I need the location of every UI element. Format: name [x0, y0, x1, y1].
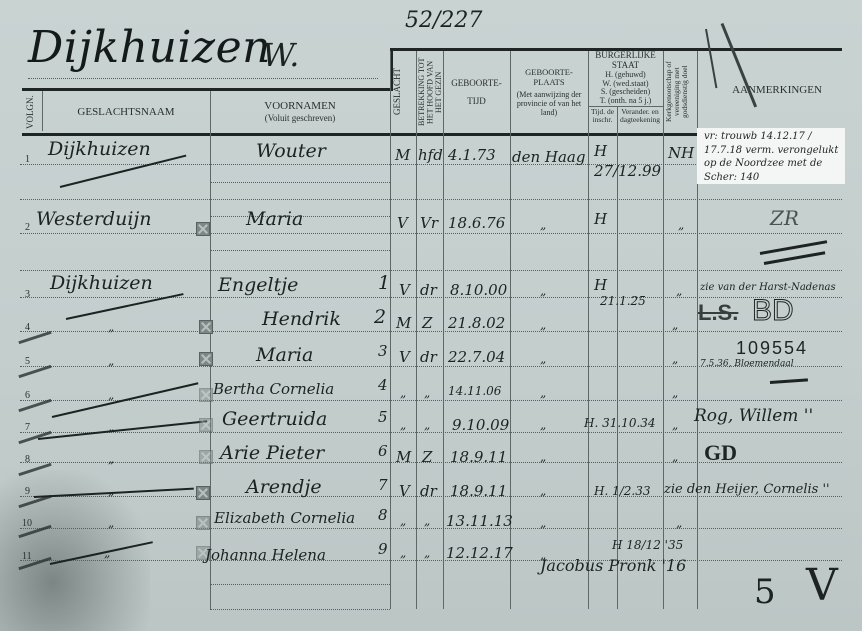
sex-cell: V [399, 348, 410, 366]
registration-card: Dijkhuizen W. 52/227 Volgn. Geslachtsnaa… [0, 0, 862, 631]
child-number: 9 [378, 540, 388, 558]
row-line [20, 270, 842, 271]
sex-cell: V [397, 214, 408, 232]
child-number: 7 [378, 476, 388, 494]
church-cell: „ [676, 284, 682, 298]
stamp-bd: BD [752, 294, 794, 328]
first-name-cell: Hendrik [262, 308, 341, 330]
civil-date-cell: 21.1.25 [600, 294, 646, 308]
header-geboorteplaats-group: Geboorte- plaats (Met aanwijzing der pro… [510, 68, 588, 117]
birth-place-cell: „ [540, 516, 546, 530]
col-divider [663, 51, 664, 609]
relation-cell: dr [420, 348, 437, 366]
stamp-number: 109554 [736, 338, 808, 359]
church-cell: „ [672, 386, 678, 400]
header-geslacht: Geslacht [393, 53, 415, 131]
row-line [20, 199, 842, 200]
birth-place-cell: den Haag [512, 148, 585, 166]
row-number: 3 [25, 289, 30, 300]
header-tijd-inschr: Tijd. de inschr. [588, 108, 617, 124]
birth-place-cell: „ [540, 352, 546, 366]
surname-ditto: „ [108, 388, 114, 402]
row-number: 9 [25, 486, 30, 497]
sex-cell: „ [400, 418, 406, 432]
birth-date-cell: 22.7.04 [448, 348, 505, 366]
church-cell: „ [678, 218, 684, 232]
church-cell: „ [672, 352, 678, 366]
remark-strike [764, 251, 826, 265]
title-underline [28, 78, 378, 79]
surname-cell: Westerduijn [36, 208, 152, 230]
church-cell: „ [672, 418, 678, 432]
remark-row-1: vr: trouwb 14.12.17 / 17.7.18 verm. vero… [704, 130, 844, 184]
row-number: 6 [25, 390, 30, 401]
relation-cell: „ [424, 386, 430, 400]
strike-line [38, 420, 207, 440]
col-divider [390, 51, 391, 609]
church-cell: NH [668, 144, 694, 162]
birth-place-cell: „ [540, 418, 546, 432]
birth-date-cell: 4.1.73 [448, 146, 496, 164]
header-voornamen-group: Voornamen (Voluit geschreven) [210, 100, 390, 123]
first-name-cell: Wouter [256, 140, 326, 162]
sex-cell: „ [400, 514, 406, 528]
birth-date-cell: 9.10.09 [452, 416, 509, 434]
birth-place-cell: „ [540, 318, 546, 332]
remark-row-11: Jacobus Pronk '16 [540, 556, 686, 575]
header-geslachtsnaam: Geslachtsnaam [42, 106, 210, 119]
header-geboortetijd-group: Geboorte- tijd [443, 78, 510, 107]
tick-box-icon [196, 486, 210, 500]
civil-status-cell: H. 1/2.33 [594, 484, 651, 498]
relation-cell: dr [420, 482, 437, 500]
row-line [20, 400, 842, 401]
row-line [210, 609, 390, 610]
row-number: 10 [22, 518, 32, 529]
birth-date-cell: 14.11.06 [448, 384, 501, 398]
sex-cell: „ [400, 546, 406, 560]
col-divider [617, 106, 618, 609]
header-geboortetijd-2: tijd [443, 96, 510, 106]
header-top-rule-left [22, 88, 392, 91]
row-line [210, 250, 390, 251]
remark-row-7: Rog, Willem '' [694, 406, 813, 426]
child-number: 6 [378, 442, 388, 460]
col-divider [443, 51, 444, 609]
card-surname-title: Dijkhuizen [28, 22, 271, 73]
child-number: 3 [378, 342, 388, 360]
col-divider [416, 51, 417, 609]
relation-cell: hfd [418, 146, 443, 164]
first-name-cell: Johanna Helena [205, 545, 375, 566]
child-number: 1 [378, 272, 390, 294]
tick-box-icon [199, 388, 213, 402]
surname-ditto: „ [108, 516, 114, 530]
surname-ditto: „ [108, 320, 114, 334]
birth-date-cell: 21.8.02 [448, 314, 505, 332]
relation-cell: „ [424, 514, 430, 528]
sex-cell: „ [400, 386, 406, 400]
row-line [210, 584, 390, 585]
header-burgerlijke-staat-group: Burgerlijke Staat H. (gehuwd) W. (wed.st… [588, 51, 663, 106]
birth-date-cell: 18.9.11 [450, 482, 507, 500]
remark-strike [770, 378, 808, 384]
col-divider [588, 51, 589, 609]
first-name-cell: Arie Pieter [220, 442, 324, 464]
col-divider [210, 91, 211, 609]
tick-box-icon [199, 352, 213, 366]
civil-status-cell: H [594, 276, 607, 294]
relation-cell: dr [420, 281, 437, 299]
civil-status-cell: H [594, 210, 607, 228]
birth-place-cell: „ [540, 218, 546, 232]
birth-place-cell: „ [540, 386, 546, 400]
row-number: 1 [25, 154, 30, 165]
first-name-cell: Maria [256, 344, 313, 366]
church-cell: „ [676, 516, 682, 530]
relation-cell: „ [424, 418, 430, 432]
civil-date-cell: 27/12.99 [594, 162, 661, 180]
civil-status-cell: H 18/12 '35 [612, 538, 683, 552]
sex-cell: M [396, 448, 411, 466]
header-betrekking: Betrekking tot het hoofd van het gezin [418, 53, 442, 131]
remark-row-9: zie den Heijer, Cornelis '' [664, 482, 830, 497]
relation-cell: Z [422, 448, 432, 466]
church-cell: „ [672, 318, 678, 332]
civil-status-cell: H. 31.10.34 [584, 416, 656, 430]
header-geboorteplaats-2: plaats [510, 78, 588, 88]
birth-place-cell: „ [540, 284, 546, 298]
remark-row-3: zie van der Harst-Nadenas [700, 282, 850, 293]
row-line [210, 182, 390, 183]
tick-box-icon [199, 320, 213, 334]
card-initial: W. [262, 36, 299, 74]
marker-stroke [705, 29, 717, 88]
birth-date-cell: 18.9.11 [450, 448, 507, 466]
first-name-cell: Maria [246, 208, 303, 230]
row-number: 4 [25, 322, 30, 333]
header-geboorteplaats-sub: (Met aanwijzing der provincie of van het… [510, 90, 588, 118]
birth-date-cell: 12.12.17 [446, 544, 513, 562]
first-name-cell: Geertruida [222, 408, 327, 430]
relation-cell: Vr [420, 214, 438, 232]
row-number: 8 [25, 454, 30, 465]
relation-cell: Z [422, 314, 432, 332]
surname-ditto: „ [108, 452, 114, 466]
header-voornamen: Voornamen [210, 100, 390, 113]
child-number: 5 [378, 408, 388, 426]
header-bs-t: T. (onth. na 5 j.) [588, 97, 663, 106]
stamp-ls: L.S. [698, 300, 738, 326]
header-verander: Verander. en dagteekening [617, 108, 663, 124]
stamp-gd: GD [704, 440, 737, 466]
sex-cell: V [399, 482, 410, 500]
birth-date-cell: 8.10.00 [450, 281, 507, 299]
file-number: 52/227 [405, 8, 482, 33]
row-line [20, 560, 842, 561]
tick-box-icon [199, 450, 213, 464]
row-number: 11 [22, 551, 32, 562]
relation-cell: „ [424, 546, 430, 560]
tick-box-icon [199, 418, 213, 432]
birth-date-cell: 13.11.13 [446, 512, 513, 530]
child-number: 8 [378, 506, 388, 524]
sex-cell: M [396, 314, 411, 332]
corner-mark-5: 5 [754, 572, 776, 612]
surname-ditto: „ [108, 354, 114, 368]
row-line [20, 432, 842, 433]
header-volgnr: Volgn. [26, 93, 40, 131]
sex-cell: V [399, 281, 410, 299]
surname-cell: Dijkhuizen [50, 272, 153, 294]
remark-bloemendaal: 7.5.36, Bloemendaal [700, 359, 794, 369]
church-cell: „ [672, 450, 678, 464]
tick-box-icon [196, 516, 210, 530]
strike-mark [18, 331, 51, 344]
first-name-cell: Arendje [246, 476, 322, 498]
row-number: 5 [25, 356, 30, 367]
row-line [20, 233, 842, 234]
row-number: 7 [25, 422, 30, 433]
tick-box-icon [196, 222, 210, 236]
child-number: 2 [374, 306, 386, 328]
surname-cell: Dijkhuizen [48, 138, 151, 160]
header-geboortetijd-1: Geboorte- [443, 78, 510, 88]
corner-mark-v: V [806, 560, 838, 611]
first-name-cell: Bertha Cornelia [213, 380, 334, 398]
birth-date-cell: 18.6.76 [448, 214, 505, 232]
first-name-cell: Elizabeth Cornelia [214, 508, 374, 529]
civil-status-cell: H [594, 142, 607, 160]
sex-cell: M [395, 146, 410, 164]
header-aanmerkingen: Aanmerkingen [712, 84, 842, 97]
birth-place-cell: „ [540, 484, 546, 498]
row-line [20, 528, 842, 529]
remark-row-2: ZR [770, 206, 799, 230]
row-number: 2 [25, 222, 30, 233]
birth-place-cell: „ [540, 450, 546, 464]
header-voornamen-sub: (Voluit geschreven) [210, 113, 390, 123]
child-number: 4 [378, 376, 388, 394]
first-name-cell: Engeltje [218, 274, 298, 296]
header-kerkgenootschap: Kerkgenootschap of vereeniging met godsd… [665, 53, 695, 131]
